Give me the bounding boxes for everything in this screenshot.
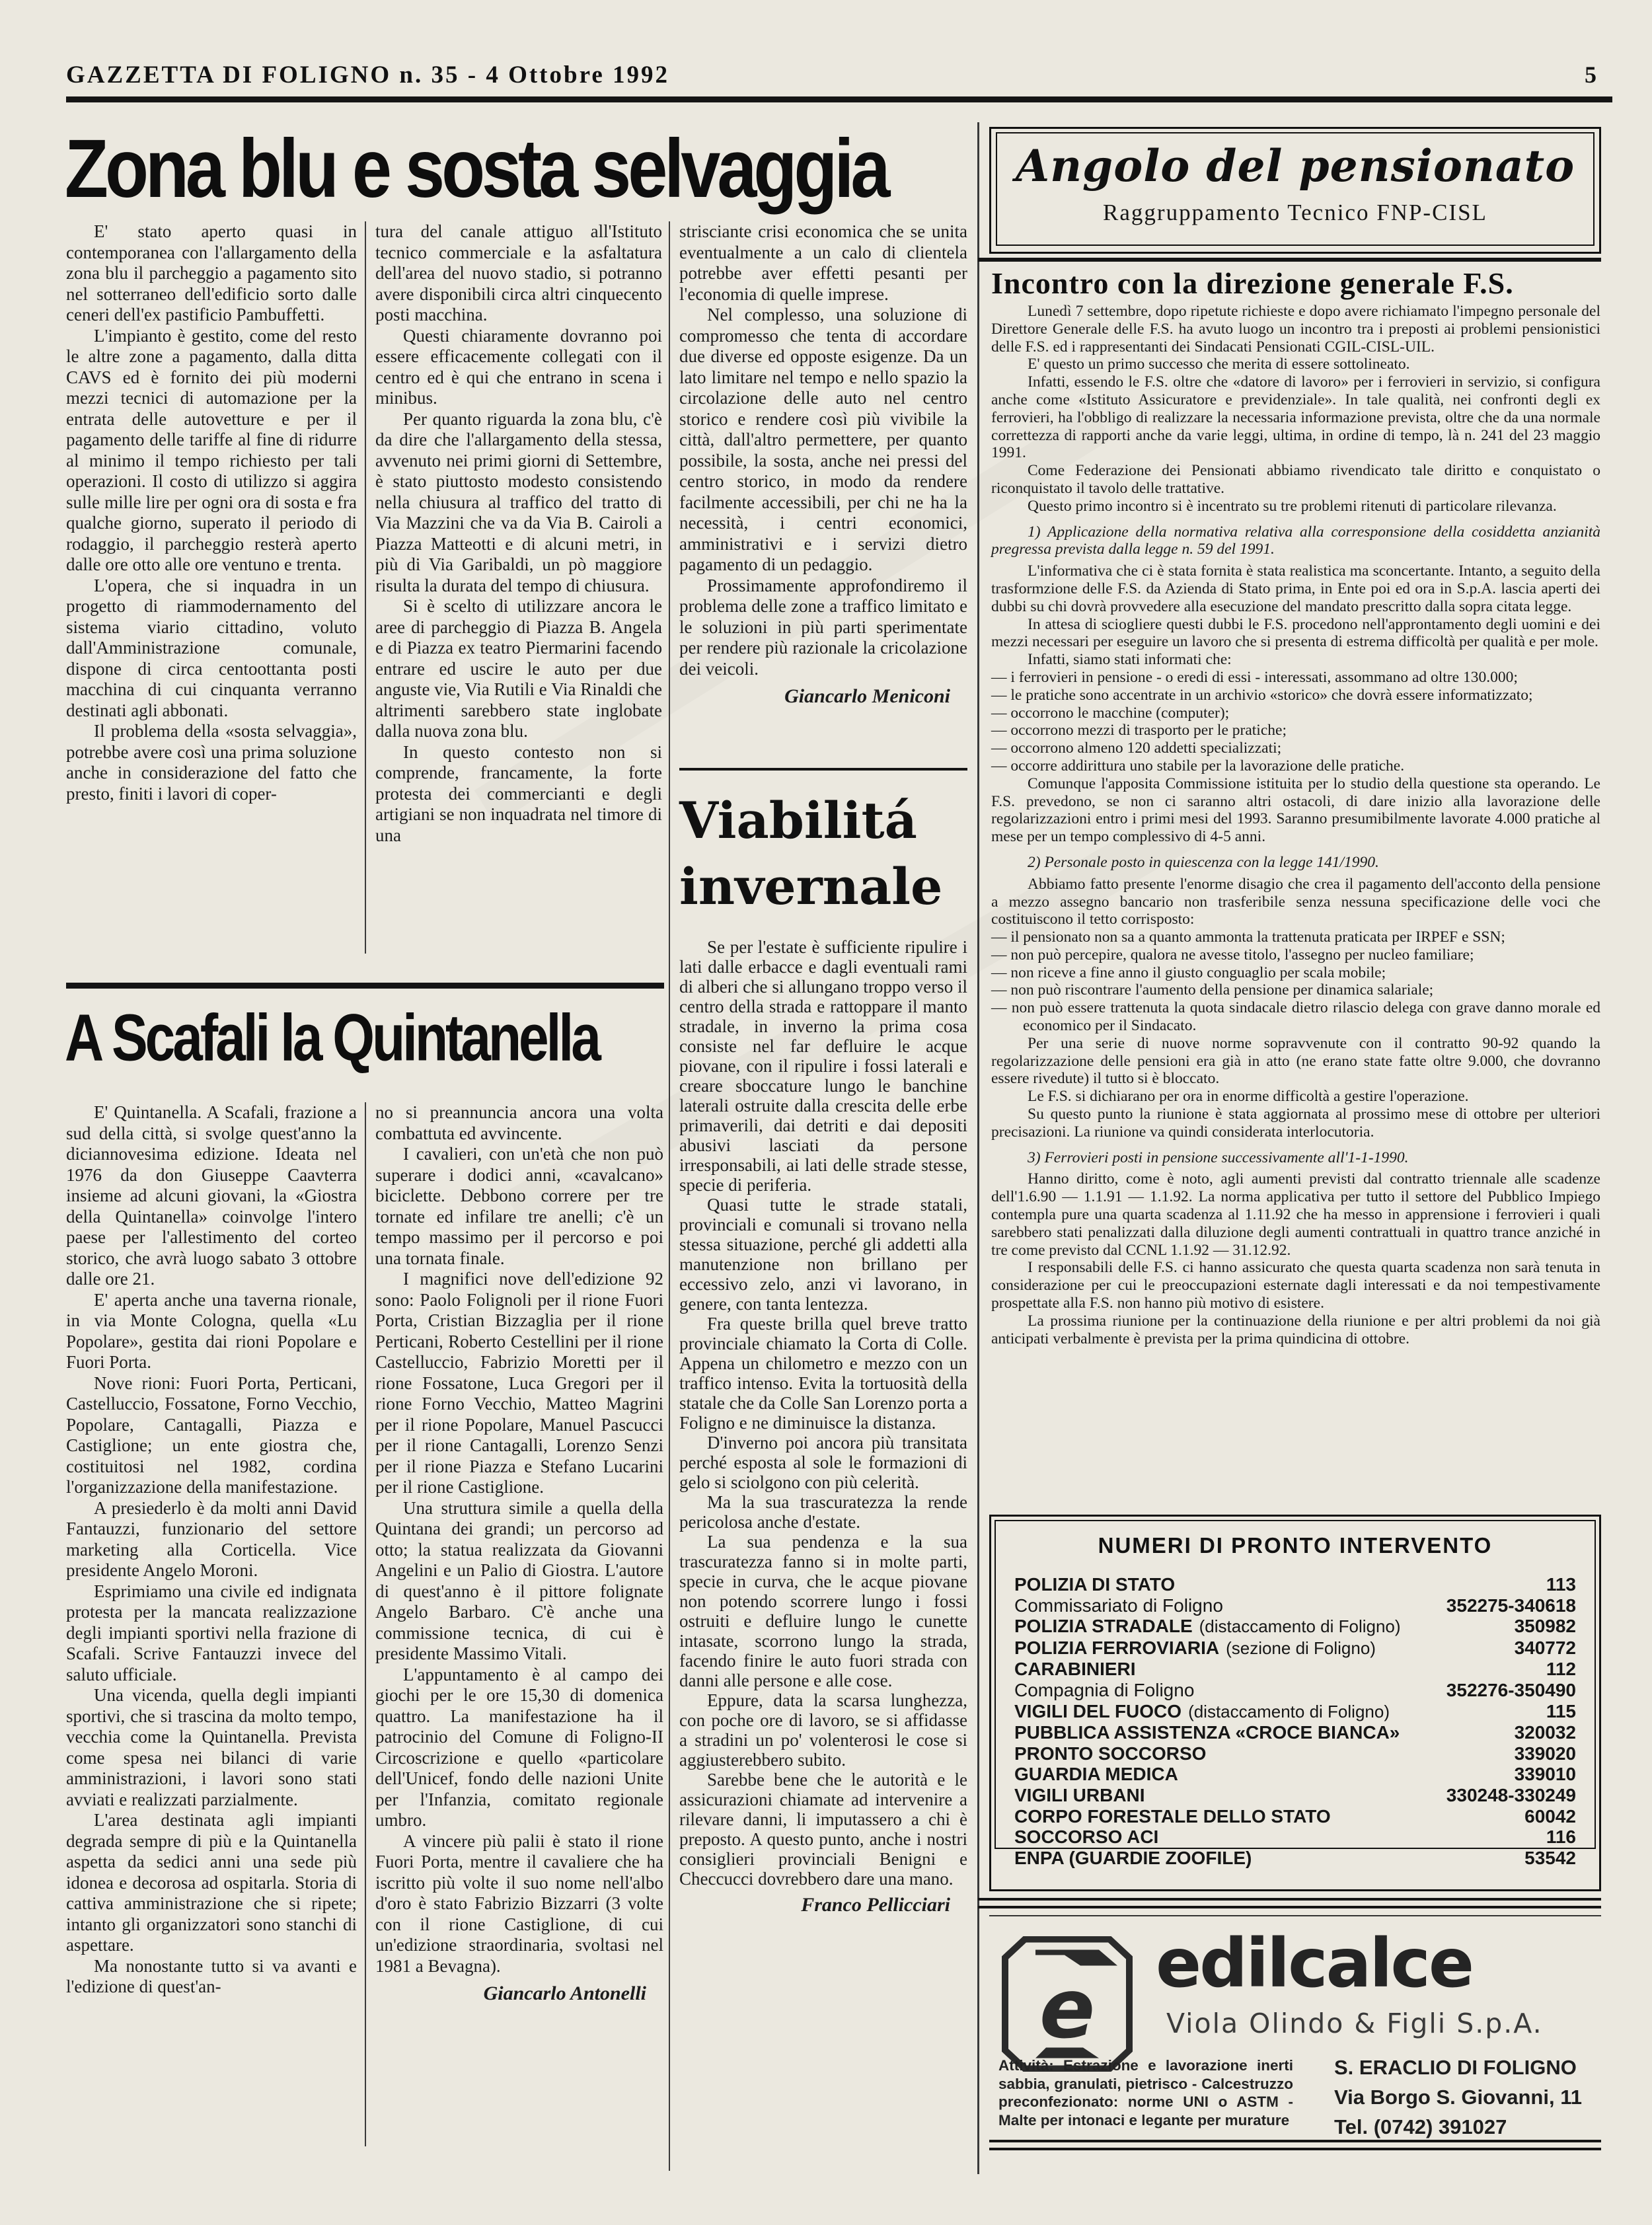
column-divider (365, 221, 366, 954)
paragraph: Questo primo incontro si è incentrato su… (991, 498, 1600, 515)
paragraph: Ma nonostante tutto si va avanti e l'edi… (66, 1956, 357, 1998)
emergency-number-row: VIGILI DEL FUOCO (distaccamento di Folig… (1014, 1701, 1576, 1723)
headline-viabilita: Viabilitá invernale (679, 788, 942, 920)
paragraph: Se per l'estate è sufficiente ripulire i… (679, 937, 967, 1195)
emergency-number-row: PUBBLICA ASSISTENZA «CROCE BIANCA» 32003… (1014, 1722, 1576, 1743)
byline-meniconi: Giancarlo Meniconi (679, 686, 967, 707)
service-phone-number: 340772 (1515, 1638, 1576, 1659)
paragraph: Infatti, siamo stati informati che: (991, 651, 1600, 669)
column-divider (365, 1102, 366, 2146)
paragraph: — occorrono almeno 120 addetti specializ… (991, 739, 1600, 757)
emergency-numbers-title: NUMERI DI PRONTO INTERVENTO (1014, 1533, 1576, 1558)
paragraph: Una vicenda, quella degli impianti sport… (66, 1685, 357, 1810)
service-phone-number: 112 (1546, 1659, 1576, 1680)
paragraph: I cavalieri, con un'età che non può supe… (375, 1144, 663, 1269)
headline-viabilita-line2: invernale (679, 854, 942, 920)
paragraph: Le F.S. si dichiarano per ora in enorme … (991, 1088, 1600, 1106)
section-divider (977, 122, 979, 2174)
paragraph: Si è scelto di utilizzare ancora le aree… (375, 596, 662, 742)
edilcalce-address-line1: S. ERACLIO DI FOLIGNO (1334, 2053, 1598, 2082)
paragraph: Una struttura simile a quella della Quin… (375, 1498, 663, 1665)
paragraph: Prossimamente approfondiremo il problema… (679, 576, 967, 680)
paragraph: — occorrono le macchine (computer); (991, 704, 1600, 722)
service-name: VIGILI DEL FUOCO (1014, 1701, 1182, 1722)
zona-blu-column-3: strisciante crisi economica che se unita… (679, 221, 967, 707)
paragraph: Comunque l'apposita Commissione istituit… (991, 775, 1600, 846)
service-name: POLIZIA DI STATO (1014, 1574, 1175, 1595)
emergency-numbers-box-inner: NUMERI DI PRONTO INTERVENTO POLIZIA DI S… (995, 1520, 1596, 1849)
emergency-number-row: GUARDIA MEDICA 339010 (1014, 1764, 1576, 1785)
paragraph: I magnifici nove dell'edizione 92 sono: … (375, 1269, 663, 1498)
paragraph: L'informativa che ci è stata fornita è s… (991, 562, 1600, 615)
paragraph: A vincere più palii è stato il rione Fuo… (375, 1831, 663, 1977)
service-phone-number: 350982 (1515, 1616, 1576, 1637)
paragraph: Ma la sua trascuratezza la rende pericol… (679, 1492, 967, 1532)
service-name: VIGILI URBANI (1014, 1785, 1145, 1806)
viabilita-column: Se per l'estate è sufficiente ripulire i… (679, 937, 967, 1915)
paragraph: — le pratiche sono accentrate in un arch… (991, 687, 1600, 704)
paragraph: Per quanto riguarda la zona blu, c'è da … (375, 409, 662, 597)
service-name: CORPO FORESTALE DELLO STATO (1014, 1806, 1331, 1827)
emergency-number-row: VIGILI URBANI 330248-330249 (1014, 1785, 1576, 1806)
zona-blu-column-2: tura del canale attiguo all'Istituto tec… (375, 221, 662, 846)
emergency-number-row: PRONTO SOCCORSO 339020 (1014, 1743, 1576, 1764)
paragraph: E' Quintanella. A Scafali, frazione a su… (66, 1102, 357, 1290)
paragraph: In questo contesto non si comprende, fra… (375, 742, 662, 847)
paragraph: La prossima riunione per la continuazion… (991, 1312, 1600, 1348)
paragraph: — non riceve a fine anno il giusto congu… (991, 964, 1600, 982)
edilcalce-logo-icon: e (1001, 1936, 1133, 2075)
service-phone-number: 116 (1546, 1827, 1576, 1848)
paragraph: Nel complesso, una soluzione di comprome… (679, 305, 967, 576)
paragraph: — non può percepire, qualora ne avesse t… (991, 946, 1600, 964)
service-name: POLIZIA FERROVIARIA (1014, 1638, 1219, 1659)
edilcalce-brand: edilcalce (1156, 1924, 1472, 2003)
paragraph: Questi chiaramente dovranno poi essere e… (375, 326, 662, 409)
scafali-divider (66, 983, 664, 989)
viabilita-divider (679, 768, 967, 771)
paragraph: Lunedì 7 settembre, dopo ripetute richie… (991, 303, 1600, 356)
viabilita-text: Se per l'estate è sufficiente ripulire i… (679, 937, 967, 1889)
service-name: SOCCORSO ACI (1014, 1827, 1158, 1848)
byline-pellicciari: Franco Pellicciari (679, 1895, 967, 1915)
emergency-number-row: CARABINIERI 112 (1014, 1659, 1576, 1680)
paragraph: Esprimiamo una civile ed indignata prote… (66, 1581, 357, 1686)
paragraph: La sua pendenza e la sua trascuratezza f… (679, 1532, 967, 1690)
service-qualifier: (distaccamento di Foligno) (1199, 1616, 1401, 1638)
emergency-number-row: ENPA (GUARDIE ZOOFILE) 53542 (1014, 1848, 1576, 1869)
ad-bottom-divider (989, 2140, 1601, 2150)
emergency-numbers-box: NUMERI DI PRONTO INTERVENTO POLIZIA DI S… (989, 1515, 1601, 1891)
service-name: PRONTO SOCCORSO (1014, 1743, 1206, 1764)
paragraph: 2) Personale posto in quiescenza con la … (991, 854, 1600, 872)
paragraph: Come Federazione dei Pensionati abbiamo … (991, 462, 1600, 498)
paragraph: Hanno diritto, come è noto, agli aumenti… (991, 1170, 1600, 1259)
paragraph: Per una serie di nuove norme sopravvenut… (991, 1035, 1600, 1088)
service-phone-number: 352275-340618 (1446, 1595, 1576, 1616)
angolo-pensionato-box: Angolo del pensionato Raggruppamento Tec… (989, 127, 1601, 254)
paragraph: — non può essere trattenuta la quota sin… (991, 999, 1600, 1035)
fs-article-body: Lunedì 7 settembre, dopo ripetute richie… (991, 303, 1600, 1347)
paragraph: — occorrono mezzi di trasporto per le pr… (991, 722, 1600, 739)
paragraph: Su questo punto la riunione è stata aggi… (991, 1106, 1600, 1141)
service-phone-number: 320032 (1515, 1722, 1576, 1743)
scafali-column-1: E' Quintanella. A Scafali, frazione a su… (66, 1102, 357, 1998)
paragraph: Nove rioni: Fuori Porta, Perticani, Cast… (66, 1373, 357, 1498)
edilcalce-address-line2: Via Borgo S. Giovanni, 11 (1334, 2082, 1598, 2112)
paragraph: L'area destinata agli impianti degrada s… (66, 1810, 357, 1956)
service-phone-number: 339010 (1515, 1764, 1576, 1785)
paragraph: no si preannuncia ancora una volta comba… (375, 1102, 663, 1144)
emergency-number-row: Compagnia di Foligno 352276-350490 (1014, 1680, 1576, 1701)
paragraph: — il pensionato non sa a quanto ammonta … (991, 928, 1600, 946)
service-phone-number: 115 (1546, 1701, 1576, 1722)
paragraph: strisciante crisi economica che se unita… (679, 221, 967, 305)
paragraph: E' stato aperto quasi in contemporanea c… (66, 221, 357, 326)
headline-zona-blu: Zona blu e sosta selvaggia (65, 120, 887, 216)
paragraph: L'opera, che si inquadra in un progetto … (66, 576, 357, 722)
newspaper-page: GAZZETTA DI FOLIGNO n. 35 - 4 Ottobre 19… (0, 0, 1652, 2225)
paragraph: Infatti, essendo le F.S. oltre che «dato… (991, 373, 1600, 462)
paragraph: Abbiamo fatto presente l'enorme disagio … (991, 876, 1600, 928)
edilcalce-activity: Attività: Estrazione e lavorazione inert… (998, 2056, 1293, 2129)
edilcalce-address: S. ERACLIO DI FOLIGNO Via Borgo S. Giova… (1334, 2053, 1598, 2142)
scafali-column-2: no si preannuncia ancora una volta comba… (375, 1102, 663, 2004)
paragraph: — non può riscontrare l'aumento della pe… (991, 981, 1600, 999)
emergency-number-row: SOCCORSO ACI 116 (1014, 1827, 1576, 1848)
emergency-number-row: Commissariato di Foligno 352275-340618 (1014, 1595, 1576, 1616)
paragraph: 1) Applicazione della normativa relativa… (991, 523, 1600, 559)
emergency-number-row: POLIZIA DI STATO 113 (1014, 1574, 1576, 1595)
service-phone-number: 352276-350490 (1446, 1680, 1576, 1701)
paragraph: A presiederlo è da molti anni David Fant… (66, 1498, 357, 1581)
paragraph: L'appuntamento è al campo dei giochi per… (375, 1665, 663, 1831)
angolo-pensionato-title: Angolo del pensionato (997, 140, 1593, 192)
service-phone-number: 113 (1546, 1574, 1576, 1595)
edilcalce-ad: e edilcalce Viola Olindo & Figli S.p.A. … (989, 1915, 1601, 2138)
service-phone-number: 53542 (1524, 1848, 1576, 1869)
paragraph: L'impianto è gestito, come del resto le … (66, 326, 357, 576)
emergency-numbers-rows: POLIZIA DI STATO 113 Commissariato di Fo… (1014, 1574, 1576, 1868)
fs-divider (978, 258, 1601, 262)
paragraph: — occorre addirittura uno stabile per la… (991, 757, 1600, 775)
paragraph: Sarebbe bene che le autorità e le assicu… (679, 1770, 967, 1889)
service-name: CARABINIERI (1014, 1659, 1136, 1680)
paragraph: D'inverno poi ancora più transitata perc… (679, 1433, 967, 1492)
edilcalce-subbrand: Viola Olindo & Figli S.p.A. (1166, 2008, 1543, 2039)
paragraph: Fra queste brilla quel breve tratto prov… (679, 1314, 967, 1433)
page-number: 5 (1585, 61, 1596, 89)
service-qualifier: (distaccamento di Foligno) (1188, 1702, 1390, 1723)
paragraph: 3) Ferrovieri posti in pensione successi… (991, 1149, 1600, 1167)
service-name: ENPA (GUARDIE ZOOFILE) (1014, 1848, 1252, 1869)
service-phone-number: 339020 (1515, 1743, 1576, 1764)
service-name: PUBBLICA ASSISTENZA «CROCE BIANCA» (1014, 1722, 1400, 1743)
paragraph: E' aperta anche una taverna rionale, in … (66, 1290, 357, 1373)
edilcalce-address-line3: Tel. (0742) 391027 (1334, 2112, 1598, 2142)
column-divider (669, 221, 670, 2171)
paragraph: tura del canale attiguo all'Istituto tec… (375, 221, 662, 326)
headline-scafali: A Scafali la Quintanella (65, 1000, 599, 1076)
angolo-pensionato-subtitle: Raggruppamento Tecnico FNP-CISL (997, 200, 1593, 226)
paragraph: I responsabili delle F.S. ci hanno assic… (991, 1259, 1600, 1312)
service-name: POLIZIA STRADALE (1014, 1616, 1193, 1637)
paragraph: Il problema della «sosta selvaggia», pot… (66, 721, 357, 804)
paragraph: In attesa di sciogliere questi dubbi le … (991, 616, 1600, 652)
zona-blu-column-3-text: strisciante crisi economica che se unita… (679, 221, 967, 679)
service-phone-number: 60042 (1524, 1806, 1576, 1827)
service-phone-number: 330248-330249 (1446, 1785, 1576, 1806)
byline-antonelli: Giancarlo Antonelli (375, 1983, 663, 2004)
paragraph: — i ferrovieri in pensione - o eredi di … (991, 669, 1600, 687)
zona-blu-column-1: E' stato aperto quasi in contemporanea c… (66, 221, 357, 804)
headline-fs: Incontro con la direzione generale F.S. (991, 266, 1514, 301)
masthead-divider (66, 96, 1612, 102)
emergency-number-row: POLIZIA STRADALE (distaccamento di Folig… (1014, 1616, 1576, 1638)
emergency-number-row: CORPO FORESTALE DELLO STATO 60042 (1014, 1806, 1576, 1827)
masthead: GAZZETTA DI FOLIGNO n. 35 - 4 Ottobre 19… (66, 61, 669, 89)
service-name: Commissariato di Foligno (1014, 1595, 1223, 1616)
paragraph: Eppure, data la scarsa lunghezza, con po… (679, 1690, 967, 1770)
service-qualifier: (sezione di Foligno) (1226, 1638, 1376, 1659)
paragraph: E' questo un primo successo che merita d… (991, 356, 1600, 373)
ad-top-divider (978, 1898, 1601, 1908)
service-name: Compagnia di Foligno (1014, 1680, 1194, 1701)
emergency-number-row: POLIZIA FERROVIARIA (sezione di Foligno)… (1014, 1638, 1576, 1659)
headline-viabilita-line1: Viabilitá (679, 788, 942, 854)
scafali-column-2-text: no si preannuncia ancora una volta comba… (375, 1102, 663, 1977)
paragraph: Quasi tutte le strade statali, provincia… (679, 1195, 967, 1314)
svg-text:e: e (1039, 1962, 1095, 2057)
angolo-pensionato-box-inner: Angolo del pensionato Raggruppamento Tec… (996, 132, 1595, 246)
service-name: GUARDIA MEDICA (1014, 1764, 1178, 1785)
